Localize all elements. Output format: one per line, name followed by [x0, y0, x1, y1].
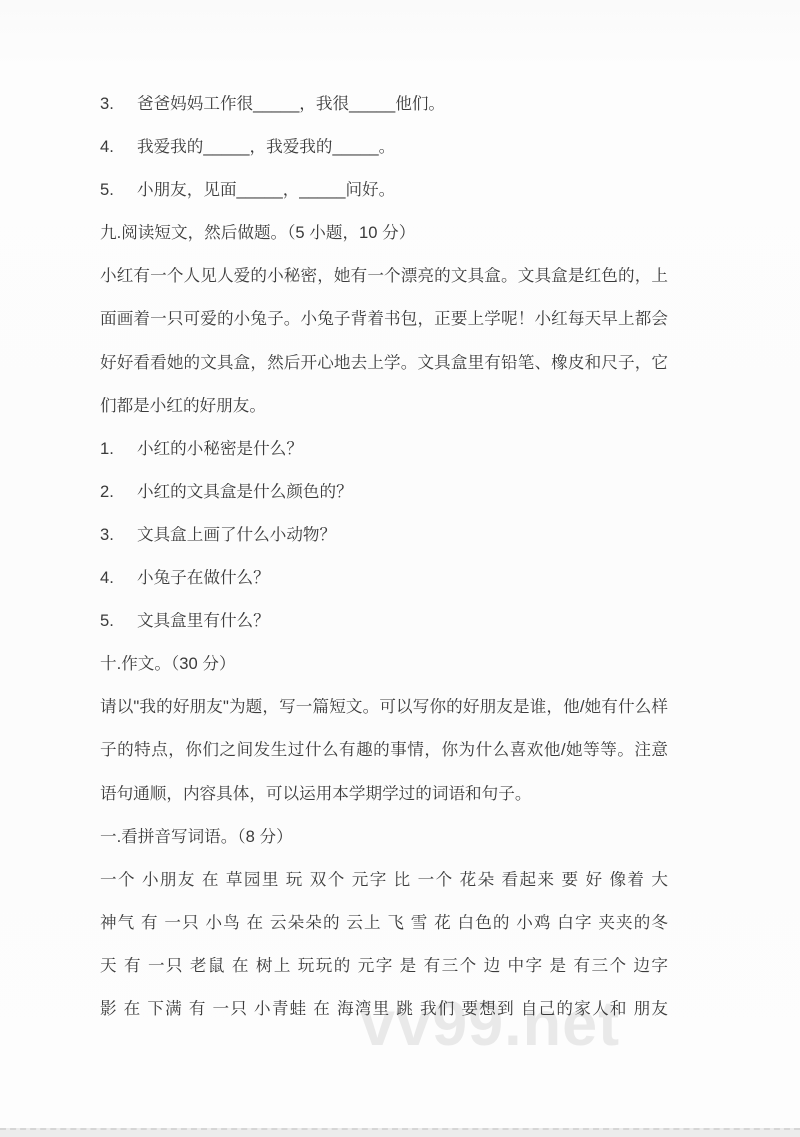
question-text: 文具盒里有什么？: [137, 599, 668, 642]
question-text: 文具盒上画了什么小动物？: [137, 513, 668, 556]
reading-question: 1. 小红的小秘密是什么？: [100, 427, 668, 470]
item-text: 小朋友，见面_____，_____问好。: [137, 168, 668, 211]
word-row: 影 在 下满 有 一只 小青蛙 在 海湾里 跳 我们 要想到 自己的家人和 朋友: [100, 987, 668, 1030]
question-text: 小红的小秘密是什么？: [137, 427, 668, 470]
word-row: 天 有 一只 老鼠 在 树上 玩玩的 元字 是 有三个 边 中字 是 有三个 边…: [100, 944, 668, 987]
fill-blank-item: 5. 小朋友，见面_____，_____问好。: [100, 168, 668, 211]
reading-passage: 小红有一个人见人爱的小秘密，她有一个漂亮的文具盒。文具盒是红色的，上面画着一只可…: [100, 254, 668, 426]
question-text: 小兔子在做什么？: [137, 556, 668, 599]
question-number: 5.: [100, 599, 137, 642]
item-number: 5.: [100, 168, 137, 211]
essay-heading: 十.作文。（30 分）: [100, 642, 668, 685]
question-text: 小红的文具盒是什么颜色的？: [137, 470, 668, 513]
fill-blank-item: 3. 爸爸妈妈工作很_____，我很_____他们。: [100, 82, 668, 125]
question-number: 1.: [100, 427, 137, 470]
exam-content: 3. 爸爸妈妈工作很_____，我很_____他们。 4. 我爱我的_____，…: [100, 82, 668, 1030]
word-row: 神气 有 一只 小鸟 在 云朵朵的 云上 飞 雪 花 白色的 小鸡 白字 夹夹的…: [100, 901, 668, 944]
fill-blank-item: 4. 我爱我的_____，我爱我的_____。: [100, 125, 668, 168]
reading-question: 4. 小兔子在做什么？: [100, 556, 668, 599]
item-number: 4.: [100, 125, 137, 168]
pinyin-heading: 一.看拼音写词语。（8 分）: [100, 815, 668, 858]
item-text: 我爱我的_____，我爱我的_____。: [137, 125, 668, 168]
page-bottom-edge: [0, 1128, 800, 1137]
question-number: 3.: [100, 513, 137, 556]
reading-question: 3. 文具盒上画了什么小动物？: [100, 513, 668, 556]
item-number: 3.: [100, 82, 137, 125]
section-nine-heading: 九.阅读短文，然后做题。（5 小题，10 分）: [100, 211, 668, 254]
item-text: 爸爸妈妈工作很_____，我很_____他们。: [137, 82, 668, 125]
reading-question: 5. 文具盒里有什么？: [100, 599, 668, 642]
question-number: 2.: [100, 470, 137, 513]
question-number: 4.: [100, 556, 137, 599]
word-row: 一个 小朋友 在 草园里 玩 双个 元字 比 一个 花朵 看起来 要 好 像着 …: [100, 858, 668, 901]
reading-question: 2. 小红的文具盒是什么颜色的？: [100, 470, 668, 513]
exam-page: { "document": { "fill_in_items": [ { "nu…: [0, 0, 800, 1137]
essay-instructions: 请以"我的好朋友"为题，写一篇短文。可以写你的好朋友是谁，他/她有什么样子的特点…: [100, 685, 668, 814]
